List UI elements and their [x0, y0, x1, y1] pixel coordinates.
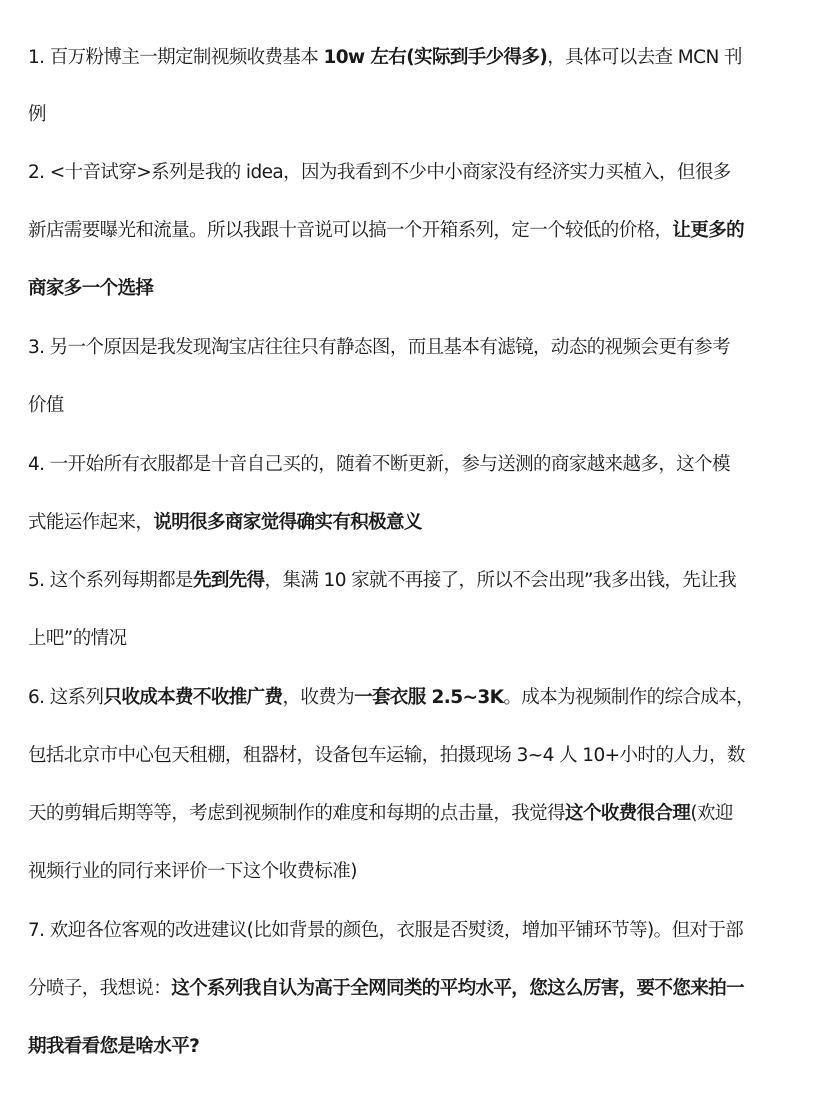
text-segment: ，具体可以去查 MCN 刊 — [547, 47, 742, 68]
text-segment: (欢迎 — [690, 803, 732, 824]
bold-text: 说明很多商家觉得确实有积极意义 — [153, 512, 422, 533]
text-segment: 包括北京市中心包天租棚，租器材，设备包车运输，拍摄现场 3~4 人 10+小时的… — [28, 745, 745, 766]
text-line: 新店需要曝光和流量。所以我跟十音说可以搞一个开箱系列，定一个较低的价格，让更多的 — [28, 219, 744, 243]
text-line: 7. 欢迎各位客观的改进建议(比如背景的颜色，衣服是否熨烫，增加平铺环节等)。但… — [28, 919, 743, 943]
bold-text: 先到先得 — [193, 570, 265, 591]
text-segment: 新店需要曝光和流量。所以我跟十音说可以搞一个开箱系列，定一个较低的价格， — [28, 220, 672, 241]
text-segment: 式能运作起来， — [28, 512, 153, 533]
text-segment: 5. 这个系列每期都是 — [28, 570, 193, 591]
text-line: 期我看看您是啥水平? — [28, 1035, 199, 1059]
text-line: 包括北京市中心包天租棚，租器材，设备包车运输，拍摄现场 3~4 人 10+小时的… — [28, 744, 745, 768]
text-line: 上吧”的情况 — [28, 627, 127, 651]
bold-text: 只收成本费不收推广费 — [103, 687, 282, 708]
text-segment: 天的剪辑后期等等，考虑到视频制作的难度和每期的点击量，我觉得 — [28, 803, 565, 824]
bold-text: 10w 左右(实际到手少得多) — [324, 47, 548, 68]
bold-text: 商家多一个选择 — [28, 278, 153, 299]
text-segment: 1. 百万粉博主一期定制视频收费基本 — [28, 47, 324, 68]
text-line: 分喷子，我想说：这个系列我自认为高于全网同类的平均水平，您这么厉害，要不您来拍一 — [28, 977, 744, 1001]
text-line: 1. 百万粉博主一期定制视频收费基本 10w 左右(实际到手少得多)，具体可以去… — [28, 46, 742, 70]
text-segment: ，收费为 — [282, 687, 354, 708]
text-segment: 例 — [28, 104, 46, 125]
text-segment: 3. 另一个原因是我发现淘宝店往往只有静态图，而且基本有滤镜，动态的视频会更有参… — [28, 337, 730, 358]
text-line: 3. 另一个原因是我发现淘宝店往往只有静态图，而且基本有滤镜，动态的视频会更有参… — [28, 336, 730, 360]
text-line: 天的剪辑后期等等，考虑到视频制作的难度和每期的点击量，我觉得这个收费很合理(欢迎 — [28, 802, 733, 826]
bold-text: 期我看看您是啥水平? — [28, 1036, 199, 1057]
text-line: 6. 这系列只收成本费不收推广费，收费为一套衣服 2.5~3K。成本为视频制作的… — [28, 686, 754, 710]
text-line: 4. 一开始所有衣服都是十音自己买的，随着不断更新，参与送测的商家越来越多，这个… — [28, 453, 730, 477]
text-segment: 7. 欢迎各位客观的改进建议(比如背景的颜色，衣服是否熨烫，增加平铺环节等)。但… — [28, 920, 743, 941]
text-segment: 视频行业的同行来评价一下这个收费标准) — [28, 861, 357, 882]
text-line: 5. 这个系列每期都是先到先得，集满 10 家就不再接了，所以不会出现”我多出钱… — [28, 569, 736, 593]
bold-text: 让更多的 — [672, 220, 744, 241]
text-line: 价值 — [28, 394, 64, 418]
text-segment: 4. 一开始所有衣服都是十音自己买的，随着不断更新，参与送测的商家越来越多，这个… — [28, 454, 730, 475]
text-line: 商家多一个选择 — [28, 277, 153, 301]
text-segment: 6. 这系列 — [28, 687, 103, 708]
text-line: 视频行业的同行来评价一下这个收费标准) — [28, 860, 357, 884]
text-segment: 。成本为视频制作的综合成本， — [503, 687, 754, 708]
bold-text: 这个系列我自认为高于全网同类的平均水平，您这么厉害，要不您来拍一 — [171, 978, 744, 999]
bold-text: 这个收费很合理 — [565, 803, 690, 824]
text-segment: 价值 — [28, 395, 64, 416]
text-segment: 分喷子，我想说： — [28, 978, 171, 999]
bold-text: 一套衣服 2.5~3K — [354, 687, 503, 708]
text-segment: 上吧”的情况 — [28, 628, 127, 649]
text-segment: ，集满 10 家就不再接了，所以不会出现”我多出钱，先让我 — [265, 570, 737, 591]
text-line: 式能运作起来，说明很多商家觉得确实有积极意义 — [28, 511, 422, 535]
text-line: 2. <十音试穿>系列是我的 idea，因为我看到不少中小商家没有经济实力买植入… — [28, 161, 731, 185]
text-segment: 2. <十音试穿>系列是我的 idea，因为我看到不少中小商家没有经济实力买植入… — [28, 162, 731, 183]
text-line: 例 — [28, 103, 46, 127]
